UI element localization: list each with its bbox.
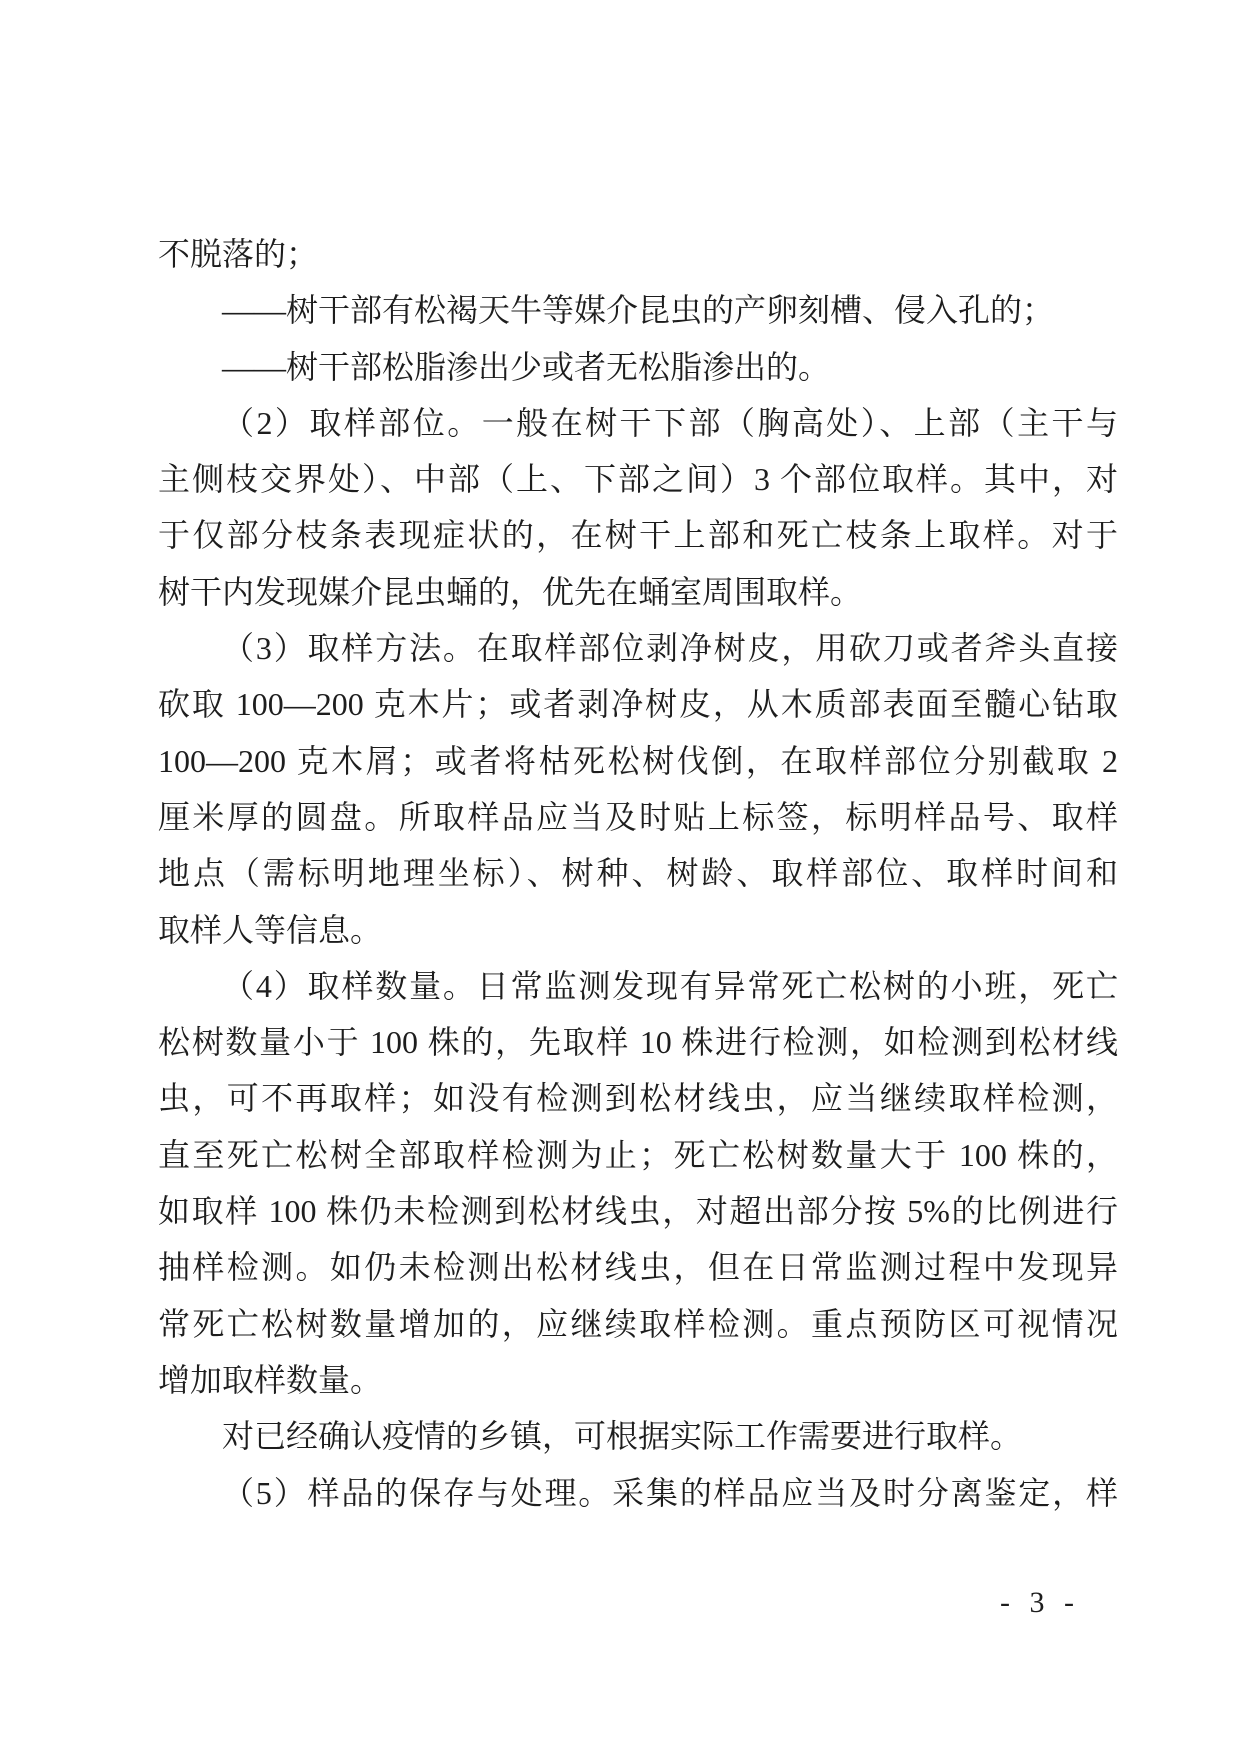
text-line: 如取样 100 株仍未检测到松材线虫，对超出部分按 5%的比例进行	[158, 1183, 1118, 1239]
document-page: 不脱落的；——树干部有松褐天牛等媒介昆虫的产卵刻槽、侵入孔的；——树干部松脂渗出…	[0, 0, 1240, 1754]
text-line: 树干内发现媒介昆虫蛹的，优先在蛹室周围取样。	[158, 564, 1118, 620]
text-line: 砍取 100—200 克木片；或者剥净树皮，从木质部表面至髓心钻取	[158, 676, 1118, 732]
text-line: （3）取样方法。在取样部位剥净树皮，用砍刀或者斧头直接	[158, 620, 1118, 676]
text-line: 直至死亡松树全部取样检测为止；死亡松树数量大于 100 株的，	[158, 1127, 1118, 1183]
text-line: 不脱落的；	[158, 226, 1118, 282]
text-line: 增加取样数量。	[158, 1352, 1118, 1408]
text-line: 松树数量小于 100 株的，先取样 10 株进行检测，如检测到松材线	[158, 1014, 1118, 1070]
text-line: 100—200 克木屑；或者将枯死松树伐倒，在取样部位分别截取 2	[158, 733, 1118, 789]
text-line: 常死亡松树数量增加的，应继续取样检测。重点预防区可视情况	[158, 1296, 1118, 1352]
text-line: 抽样检测。如仍未检测出松材线虫，但在日常监测过程中发现异	[158, 1239, 1118, 1295]
text-line: （2）取样部位。一般在树干下部（胸高处）、上部（主干与	[158, 395, 1118, 451]
text-line: 于仅部分枝条表现症状的，在树干上部和死亡枝条上取样。对于	[158, 507, 1118, 563]
text-line: 地点（需标明地理坐标）、树种、树龄、取样部位、取样时间和	[158, 845, 1118, 901]
document-body: 不脱落的；——树干部有松褐天牛等媒介昆虫的产卵刻槽、侵入孔的；——树干部松脂渗出…	[158, 226, 1118, 1521]
text-line: ——树干部松脂渗出少或者无松脂渗出的。	[158, 339, 1118, 395]
text-line: 对已经确认疫情的乡镇，可根据实际工作需要进行取样。	[158, 1408, 1118, 1464]
text-line: 取样人等信息。	[158, 902, 1118, 958]
text-line: ——树干部有松褐天牛等媒介昆虫的产卵刻槽、侵入孔的；	[158, 282, 1118, 338]
text-line: 厘米厚的圆盘。所取样品应当及时贴上标签，标明样品号、取样	[158, 789, 1118, 845]
text-line: （5）样品的保存与处理。采集的样品应当及时分离鉴定，样	[158, 1465, 1118, 1521]
text-line: 虫，可不再取样；如没有检测到松材线虫，应当继续取样检测，	[158, 1070, 1118, 1126]
text-line: （4）取样数量。日常监测发现有异常死亡松树的小班，死亡	[158, 958, 1118, 1014]
text-line: 主侧枝交界处）、中部（上、下部之间）3 个部位取样。其中，对	[158, 451, 1118, 507]
page-number: - 3 -	[1000, 1586, 1080, 1620]
